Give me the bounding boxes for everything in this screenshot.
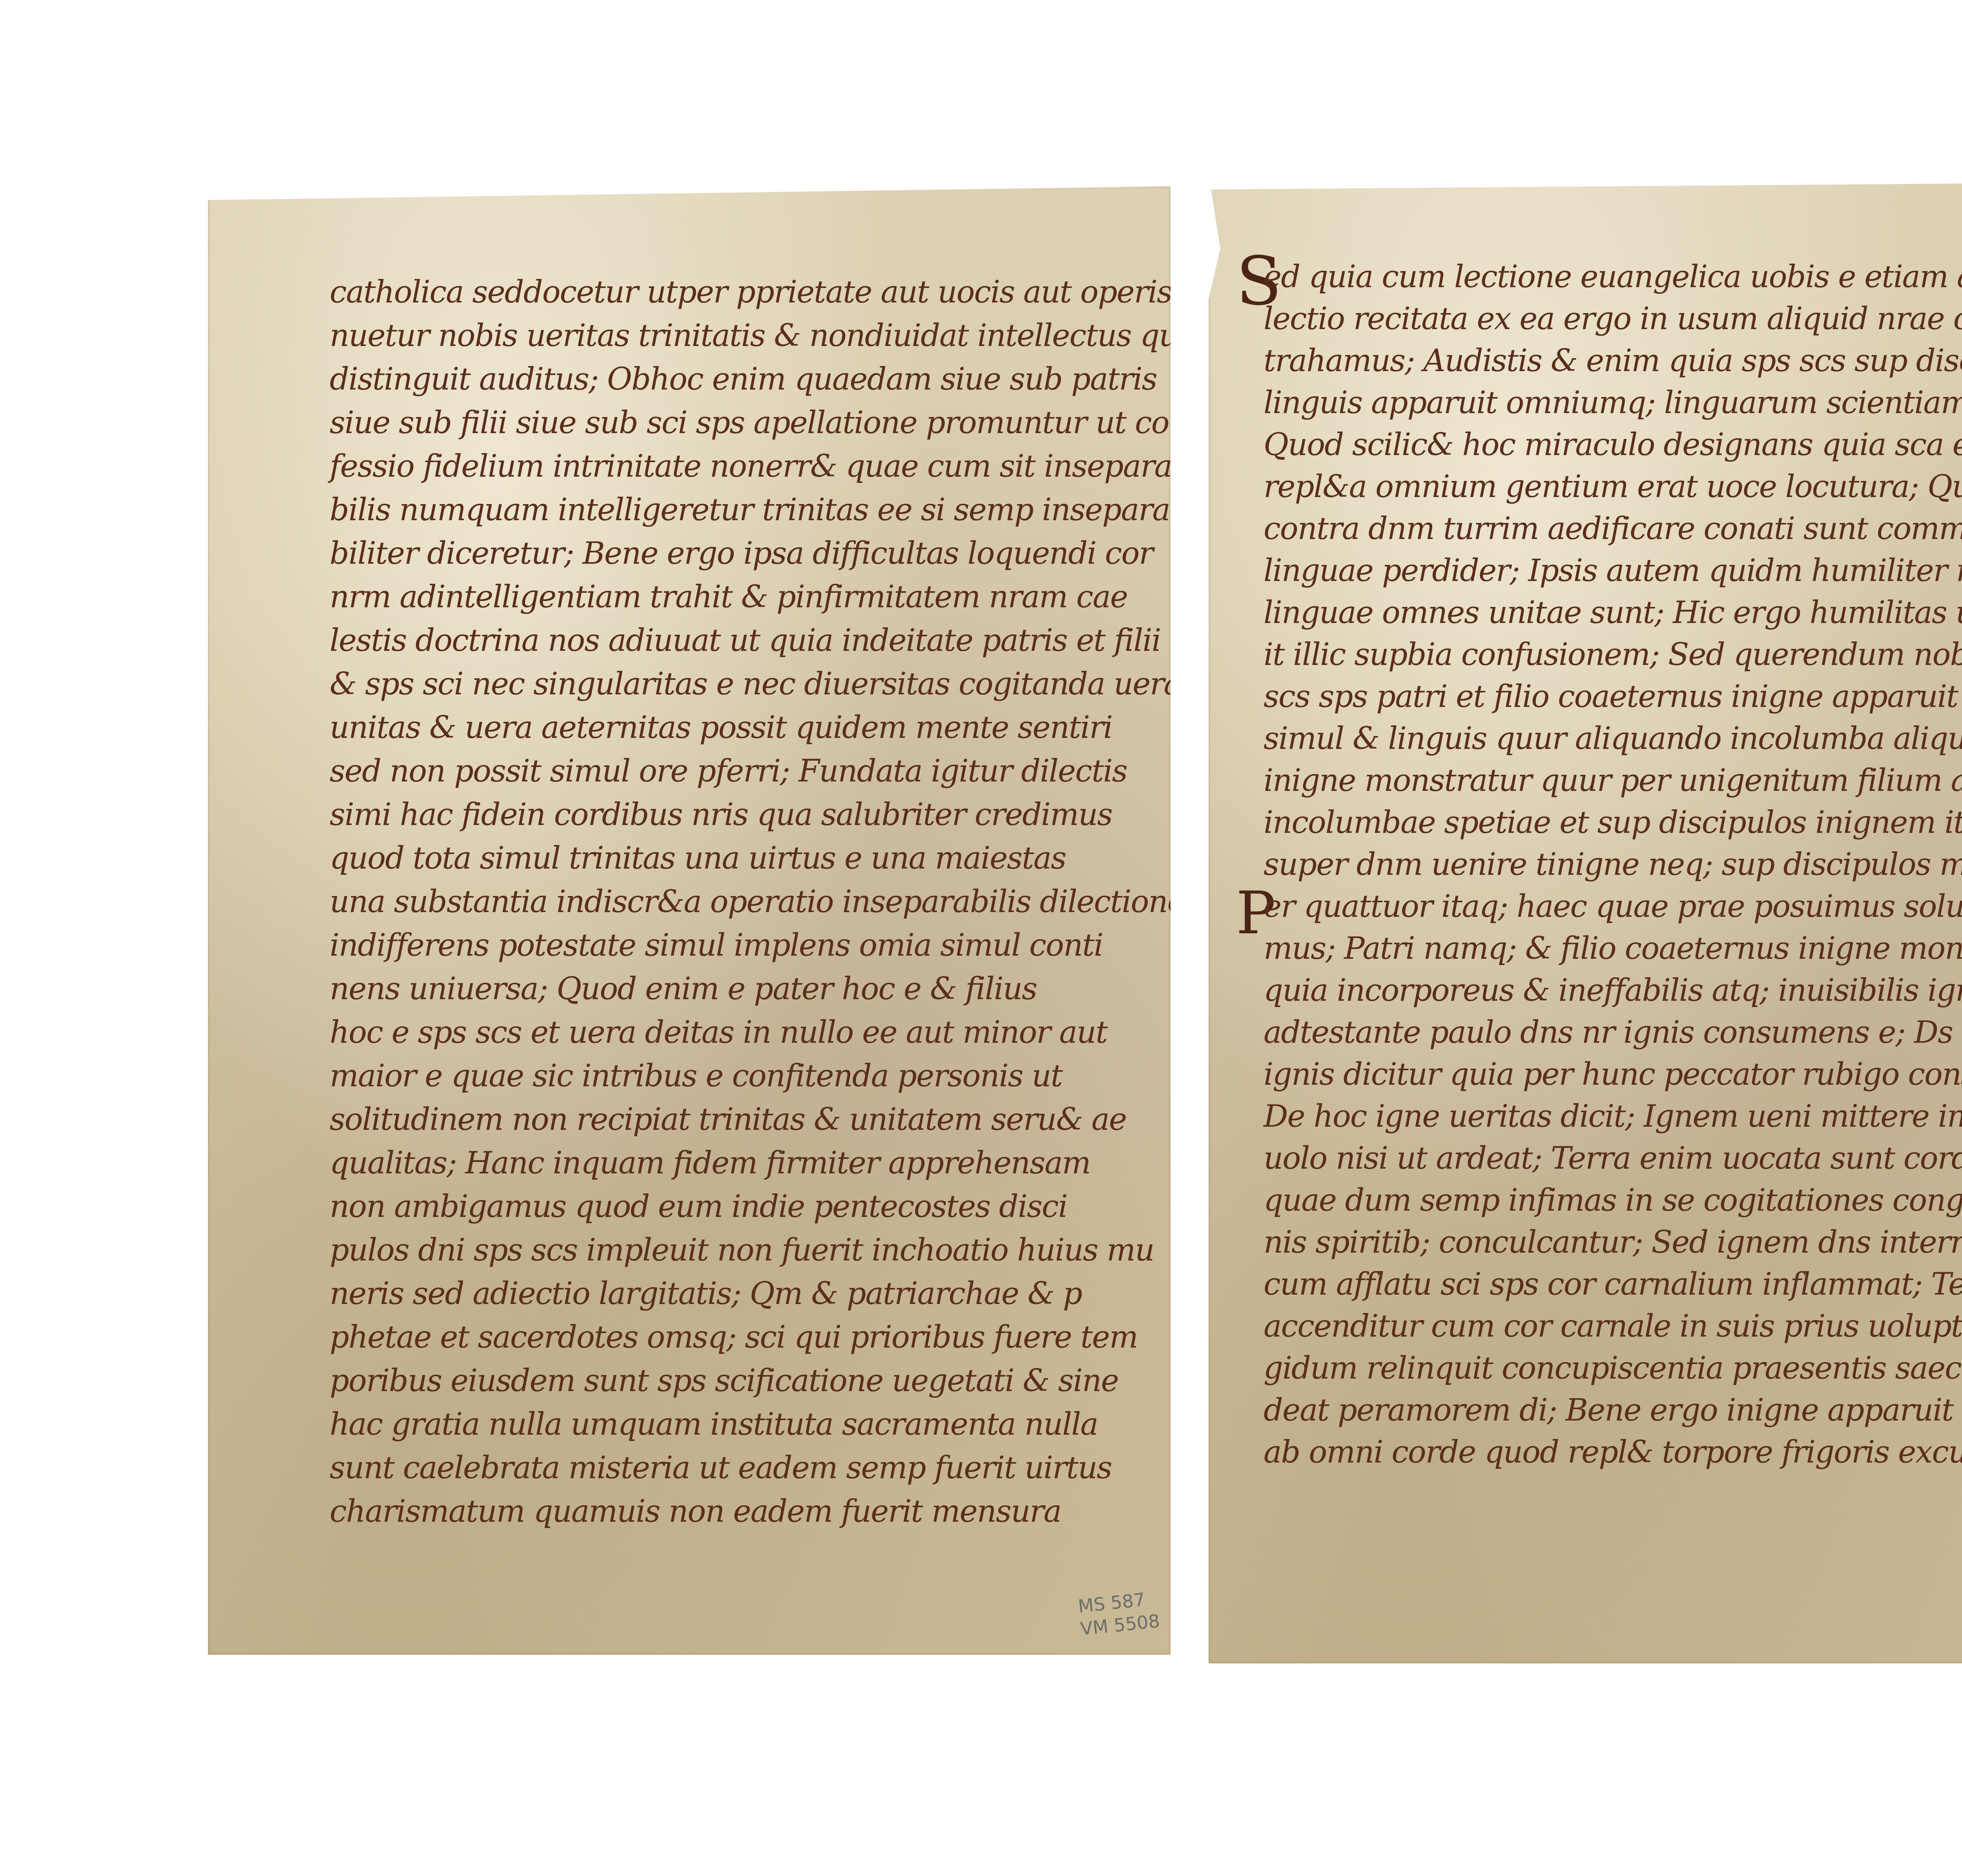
text-line: uolo nisi ut ardeat; Terra enim uocata s… [1264,1138,1962,1180]
text-line: sed non possit simul ore pferri; Fundata… [330,750,1162,793]
text-line: neris sed adiectio largitatis; Qm & patr… [330,1272,1162,1316]
text-line: Quod scilic& hoc miraculo designans quia… [1264,424,1962,466]
text-line: sunt caelebrata misteria ut eadem semp f… [330,1446,1162,1490]
text-line: super dnm uenire tinigne neq; sup discip… [1264,844,1962,886]
left-shelfmark: MS 587 VM 5508 [1077,1587,1161,1641]
text-line: non ambigamus quod eum indie pentecostes… [330,1185,1162,1229]
text-line: it illic supbia confusionem; Sed querend… [1264,634,1962,676]
text-line: solitudinem non recipiat trinitas & unit… [330,1098,1162,1142]
text-line: gidum relinquit concupiscentia praesenti… [1264,1348,1962,1390]
text-line: linguae omnes unitae sunt; Hic ergo humi… [1264,592,1962,634]
text-line: fessio fidelium intrinitate nonerr& quae… [330,445,1162,488]
text-line: qualitas; Hanc inquam fidem firmiter app… [330,1142,1162,1185]
text-line: nrm adintelligentiam trahit & pinfirmita… [330,576,1162,619]
text-line: contra dnm turrim aedificare conati sunt… [1264,508,1962,550]
text-line: phetae et sacerdotes omsq; sci qui prior… [330,1316,1162,1359]
text-line: incolumbae spetiae et sup discipulos ini… [1264,802,1962,844]
text-line: accenditur cum cor carnale in suis prius… [1264,1306,1962,1348]
text-line: deat peramorem di; Bene ergo inigne appa… [1264,1390,1962,1432]
left-manuscript-leaf: catholica seddocetur utper pprietate aut… [208,186,1171,1655]
text-line: charismatum quamuis non eadem fuerit men… [330,1490,1162,1534]
text-line: mus; Patri namq; & filio coaeternus inig… [1264,928,1962,970]
text-line: distinguit auditus; Obhoc enim quaedam s… [330,358,1162,401]
text-line: indifferens potestate simul implens omia… [330,924,1162,967]
text-line: quae dum semp infimas in se cogitationes… [1264,1180,1962,1222]
text-line: pulos dni sps scs impleuit non fuerit in… [330,1229,1162,1272]
text-line: nuetur nobis ueritas trinitatis & nondiu… [330,314,1162,358]
text-line: nens uniuersa; Quod enim e pater hoc e &… [330,967,1162,1011]
text-line: nis spiritib; conculcantur; Sed ignem dn… [1264,1222,1962,1264]
left-leaf-text: catholica seddocetur utper pprietate aut… [330,271,1162,1534]
text-line: linguae perdider; Ipsis autem quidm humi… [1264,550,1962,592]
text-line: hoc e sps scs et uera deitas in nullo ee… [330,1011,1162,1055]
text-line: ed quia cum lectione euangelica uobis e … [1264,256,1962,298]
right-manuscript-leaf: S P ed quia cum lectione euangelica uobi… [1209,182,1962,1663]
text-line: lestis doctrina nos adiuuat ut quia inde… [330,619,1162,663]
text-line: hac gratia nulla umquam instituta sacram… [330,1403,1162,1446]
text-line: cum afflatu sci sps cor carnalium inflam… [1264,1264,1962,1306]
text-line: simi hac fidein cordibus nris qua salubr… [330,793,1162,837]
text-line: unitas & uera aeternitas possit quidem m… [330,706,1162,750]
text-line: linguis apparuit omniumq; linguarum scie… [1264,382,1962,424]
text-line: una substantia indiscr&a operatio insepa… [330,880,1162,924]
text-line: simul & linguis quur aliquando incolumba… [1264,718,1962,760]
text-line: De hoc igne ueritas dicit; Ignem ueni mi… [1264,1096,1962,1138]
right-leaf-text: ed quia cum lectione euangelica uobis e … [1264,256,1962,1473]
text-line: & sps sci nec singularitas e nec diuersi… [330,663,1162,706]
text-line: inigne monstratur quur per unigenitum fi… [1264,760,1962,802]
text-line: repl&a omnium gentium erat uoce locutura… [1264,466,1962,508]
text-line: ab omni corde quod repl& torpore frigori… [1264,1432,1962,1473]
text-line: quia incorporeus & ineffabilis atq; inui… [1264,970,1962,1012]
text-line: biliter diceretur; Bene ergo ipsa diffic… [330,532,1162,576]
text-line: scs sps patri et filio coaeternus inigne… [1264,676,1962,718]
text-line: adtestante paulo dns nr ignis consumens … [1264,1012,1962,1054]
text-line: quod tota simul trinitas una uirtus e un… [330,837,1162,880]
text-line: er quattuor itaq; haec quae prae posuimu… [1264,886,1962,928]
text-line: ignis dicitur quia per hunc peccator rub… [1264,1054,1962,1096]
text-line: bilis numquam intelligeretur trinitas ee… [330,488,1162,532]
text-line: trahamus; Audistis & enim quia sps scs s… [1264,340,1962,382]
text-line: siue sub filii siue sub sci sps apellati… [330,401,1162,445]
text-line: lectio recitata ex ea ergo in usum aliqu… [1264,298,1962,340]
text-line: maior e quae sic intribus e confitenda p… [330,1055,1162,1098]
text-line: poribus eiusdem sunt sps scificatione ue… [330,1359,1162,1403]
text-line: catholica seddocetur utper pprietate aut… [330,271,1162,314]
